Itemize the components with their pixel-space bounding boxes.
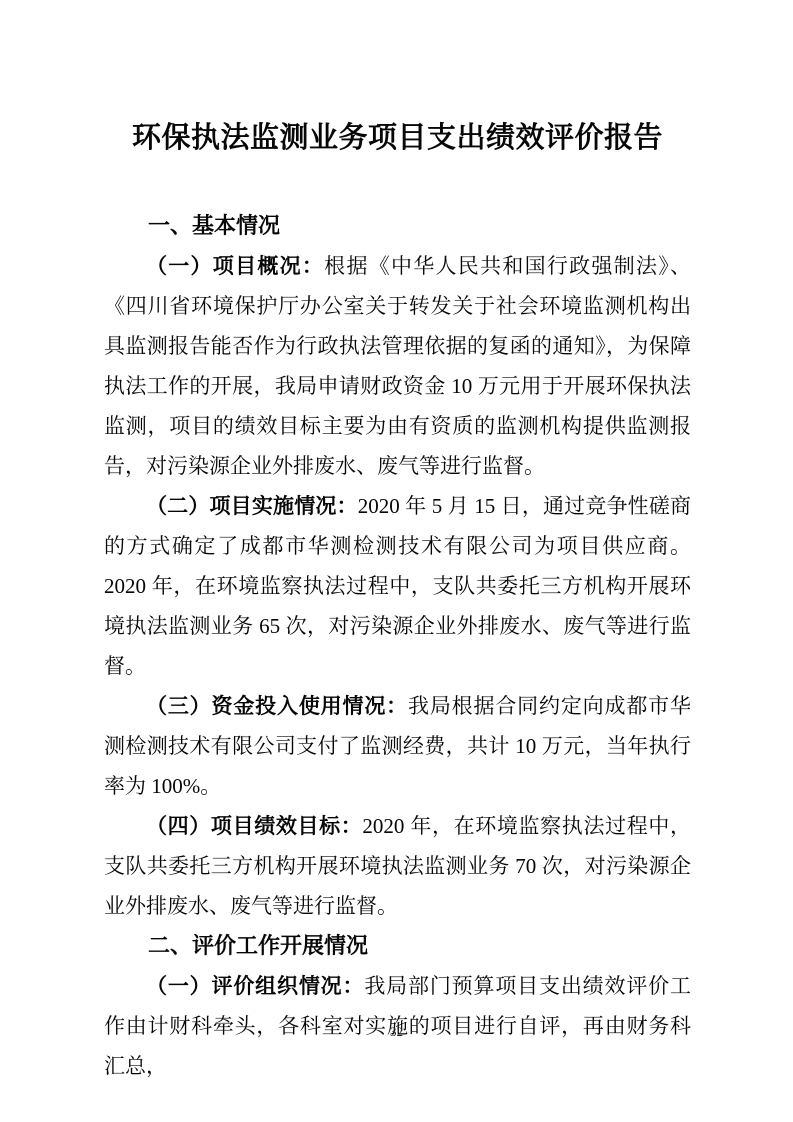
paragraph-label: （二）项目实施情况：	[146, 494, 358, 518]
section-heading-evaluation-work: 二、评价工作开展情况	[104, 926, 691, 966]
section-heading-basic-info: 一、基本情况	[104, 206, 691, 246]
document-title: 环保执法监测业务项目支出绩效评价报告	[104, 118, 691, 158]
paragraph-label: （一）项目概况：	[146, 254, 324, 278]
paragraph-project-implementation: （二）项目实施情况：2020 年 5 月 15 日，通过竞争性磋商的方式确定了成…	[104, 486, 691, 686]
paragraph-text: 根据《中华人民共和国行政强制法》、《四川省环境保护厅办公室关于转发关于社会环境监…	[104, 254, 691, 478]
document-body: 环保执法监测业务项目支出绩效评价报告 一、基本情况 （一）项目概况：根据《中华人…	[104, 0, 691, 1086]
paragraph-funds-usage: （三）资金投入使用情况：我局根据合同约定向成都市华测检测技术有限公司支付了监测经…	[104, 686, 691, 806]
document-page: 环保执法监测业务项目支出绩效评价报告 一、基本情况 （一）项目概况：根据《中华人…	[0, 0, 793, 1122]
page-number: 32	[0, 1024, 793, 1040]
paragraph-text: 2020 年 5 月 15 日，通过竞争性磋商的方式确定了成都市华测检测技术有限…	[104, 494, 691, 678]
paragraph-label: （一）评价组织情况：	[146, 974, 364, 998]
paragraph-label: （三）资金投入使用情况：	[146, 694, 408, 718]
paragraph-label: （四）项目绩效目标：	[146, 814, 362, 838]
paragraph-performance-goal: （四）项目绩效目标：2020 年，在环境监察执法过程中，支队共委托三方机构开展环…	[104, 806, 691, 926]
paragraph-project-overview: （一）项目概况：根据《中华人民共和国行政强制法》、《四川省环境保护厅办公室关于转…	[104, 246, 691, 486]
